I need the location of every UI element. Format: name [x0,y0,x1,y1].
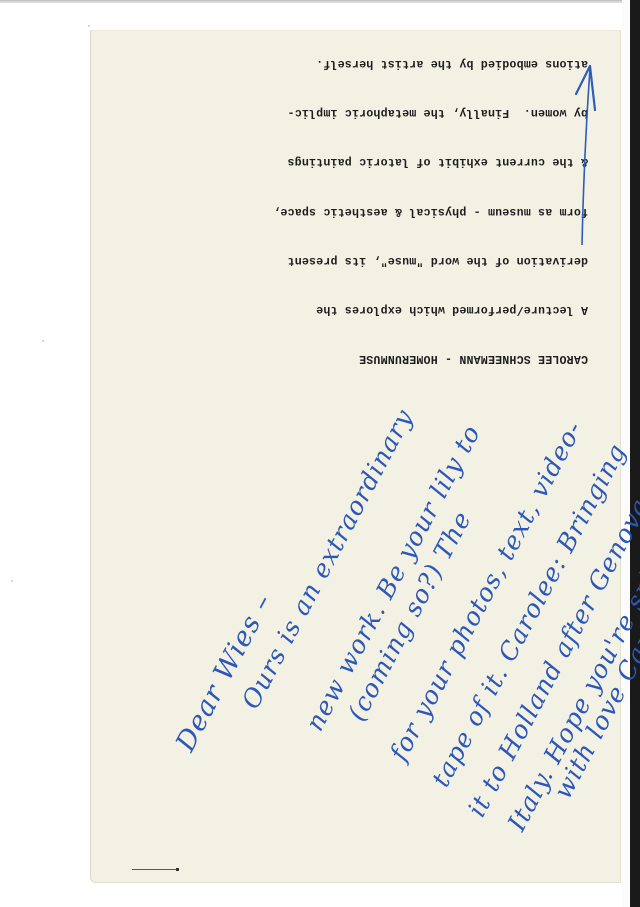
typed-line: A lecture/performed which explores the [178,301,588,317]
typed-title: CAROLEE SCHNEEMANN - HOMERUNMUSE [178,350,588,366]
scan-speck [11,580,13,582]
scan-right-border [630,0,640,907]
pencil-mark [132,869,177,870]
up-arrow-icon [560,60,600,250]
typed-line: ations embodied by the artist herself. [178,54,588,70]
scan-speck [42,340,44,342]
typed-line: form as museum - physical & aesthetic sp… [178,202,588,218]
scan-margin [622,0,630,907]
scan-top-edge [0,0,640,3]
typed-line: & the current exhibit of latoric paintin… [178,153,588,169]
typed-line: by women. Finally, the metaphoric implic… [178,104,588,120]
typed-line: derivation of the word "muse", its prese… [178,251,588,267]
scan-speck [88,25,90,27]
typed-event-description: CAROLEE SCHNEEMANN - HOMERUNMUSE A lectu… [178,38,588,399]
